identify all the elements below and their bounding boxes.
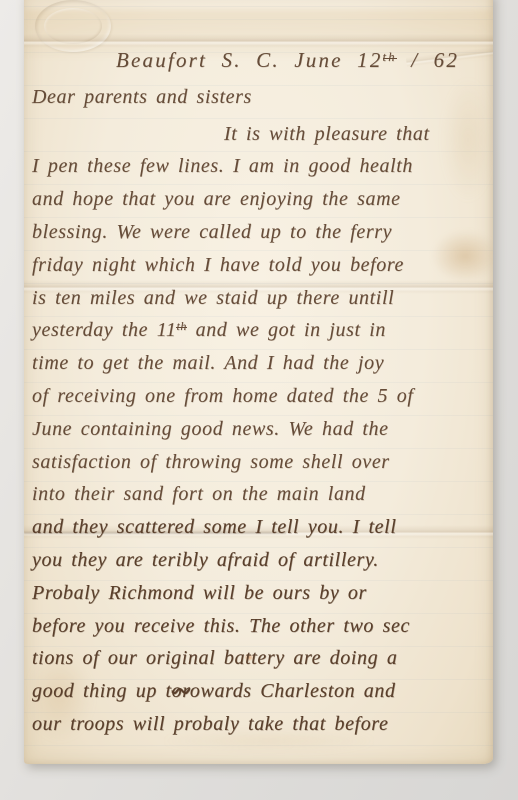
letter-line: of receiving one from home dated the 5 o… [32, 380, 487, 413]
letter-text-segment: time to get the mail. And I had the joy [32, 352, 384, 374]
letter-text-segment: Beaufort S. C. June 12 [116, 48, 383, 72]
letter-text-segment: into their sand fort on the main land [32, 483, 366, 505]
letter-line: good thing up torowards Charleston and [32, 675, 487, 708]
letter-paper: Beaufort S. C. June 12th / 62 Dear paren… [24, 0, 493, 764]
letter-text-segment: th [176, 326, 187, 328]
letter-line: yesterday the 11th and we got in just in [32, 314, 487, 347]
letter-text-segment: satisfaction of throwing some shell over [32, 451, 390, 473]
letter-text-segment: good thing up t [32, 680, 172, 702]
letter-text-segment: / 62 [397, 48, 459, 72]
letter-line: before you receive this. The other two s… [32, 610, 487, 643]
letter-text-segment: Dear parents and sisters [32, 86, 252, 108]
letter-text-segment: of receiving one from home dated the 5 o… [32, 385, 413, 407]
letter-text-segment: and they scattered some I tell you. I te… [32, 516, 396, 538]
letter-text-segment: before you receive this. The other two s… [32, 615, 410, 637]
letter-line: I pen these few lines. I am in good heal… [32, 150, 487, 183]
letter-line: and hope that you are enjoying the same [32, 183, 487, 216]
letter-text-segment: yesterday the 11 [32, 319, 176, 341]
letter-text-segment: It is with pleasure that [224, 123, 430, 145]
letter-text-segment: and we got in just in [187, 319, 386, 341]
letter-text-segment: Probaly Richmond will be ours by or [32, 582, 367, 604]
letter-text-segment: tions of our original battery are doing … [32, 647, 397, 669]
letter-text-segment: th [383, 57, 397, 59]
letter-line: time to get the mail. And I had the joy [32, 347, 487, 380]
letter-line: It is with pleasure that [224, 118, 487, 151]
letter-text-segment: June containing good news. We had the [32, 418, 389, 440]
letter-text-segment: and hope that you are enjoying the same [32, 188, 401, 210]
letter-text-segment: or [172, 680, 190, 702]
letter-line: June containing good news. We had the [32, 413, 487, 446]
letter-text-segment: owards Charleston and [190, 680, 396, 702]
letter-line: blessing. We were called up to the ferry [32, 216, 487, 249]
letter-line: is ten miles and we staid up there until… [32, 282, 487, 315]
letter-heading: Beaufort S. C. June 12th / 62 [116, 44, 487, 77]
letter-line: satisfaction of throwing some shell over [32, 446, 487, 479]
scan-background: Beaufort S. C. June 12th / 62 Dear paren… [0, 0, 518, 800]
letter-line: Probaly Richmond will be ours by or [32, 577, 487, 610]
letter-line: friday night which I have told you befor… [32, 249, 487, 282]
letter-line: into their sand fort on the main land [32, 478, 487, 511]
letter-line: tions of our original battery are doing … [32, 642, 487, 675]
letter-text-segment: friday night which I have told you befor… [32, 254, 404, 276]
letter-text-segment: our troops will probaly take that before [32, 713, 388, 735]
letter-text: Beaufort S. C. June 12th / 62 Dear paren… [32, 44, 487, 741]
letter-text-segment: blessing. We were called up to the ferry [32, 221, 392, 243]
letter-line: and they scattered some I tell you. I te… [32, 511, 487, 544]
letter-line: you they are teribly afraid of artillery… [32, 544, 487, 577]
letter-text-segment: I pen these few lines. I am in good heal… [32, 155, 413, 177]
letter-line: Dear parents and sisters [32, 81, 487, 114]
letter-text-segment: is ten miles and we staid up there until… [32, 287, 394, 309]
letter-text-segment: you they are teribly afraid of artillery… [32, 549, 379, 571]
letter-line: our troops will probaly take that before [32, 708, 487, 741]
